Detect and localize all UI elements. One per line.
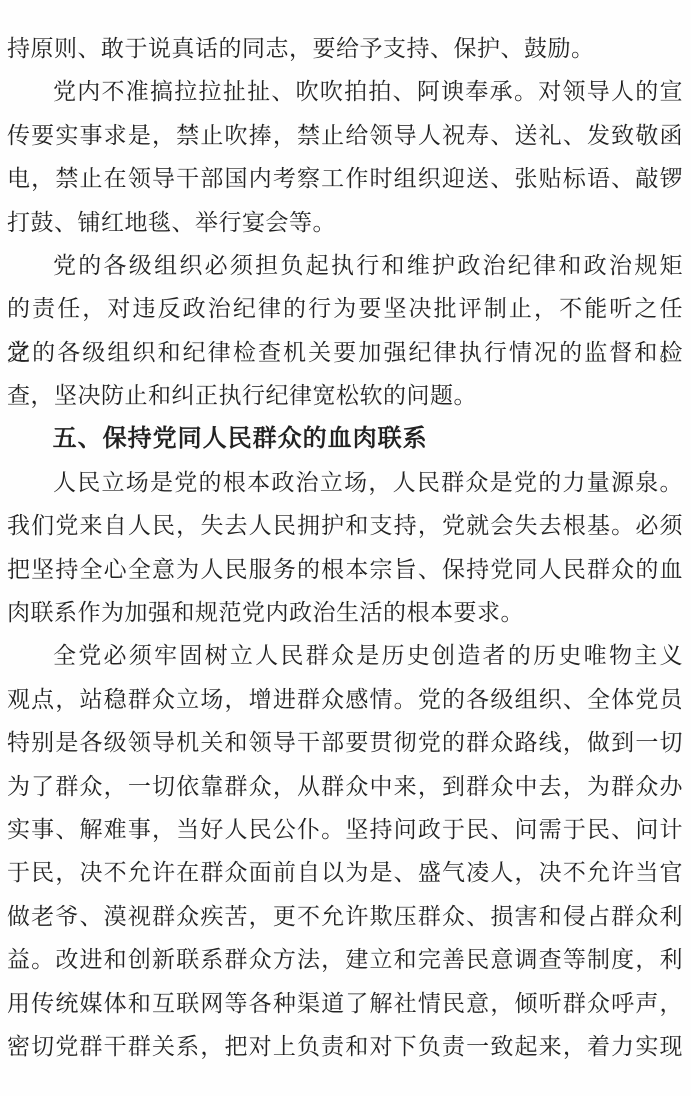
section-heading: 五、保持党同人民群众的血肉联系	[7, 418, 683, 461]
text-line: 传要实事求是，禁止吹捧，禁止给领导人祝寿、送礼、发致敬函	[7, 114, 683, 157]
text-line: 党的各级组织必须担负起执行和维护政治纪律和政治规矩	[7, 244, 683, 287]
text-line: 持原则、敢于说真话的同志，要给予支持、保护、鼓励。	[7, 27, 683, 70]
text-line: 把坚持全心全意为人民服务的根本宗旨、保持党同人民群众的血	[7, 548, 683, 591]
text-line: 于民，决不允许在群众面前自以为是、盛气凌人，决不允许当官	[7, 851, 683, 894]
text-line: 打鼓、铺红地毯、举行宴会等。	[7, 201, 683, 244]
text-line: 特别是各级领导机关和领导干部要贯彻党的群众路线，做到一切	[7, 721, 683, 764]
text-line: 益。改进和创新联系群众方法，建立和完善民意调查等制度，利	[7, 938, 683, 981]
text-line: 电，禁止在领导干部国内考察工作时组织迎送、张贴标语、敲锣	[7, 157, 683, 200]
text-block: 持原则、敢于说真话的同志，要给予支持、保护、鼓励。党内不准搞拉拉扯扯、吹吹拍拍、…	[7, 27, 683, 1068]
text-line: 的责任，对违反政治纪律的行为要坚决批评制止，不能听之任之。	[7, 287, 683, 330]
text-line: 党内不准搞拉拉扯扯、吹吹拍拍、阿谀奉承。对领导人的宣	[7, 70, 683, 113]
text-line: 全党必须牢固树立人民群众是历史创造者的历史唯物主义	[7, 634, 683, 677]
text-line: 实事、解难事，当好人民公仆。坚持问政于民、问需于民、问计	[7, 808, 683, 851]
text-line: 做老爷、漠视群众疾苦，更不允许欺压群众、损害和侵占群众利	[7, 895, 683, 938]
text-line: 肉联系作为加强和规范党内政治生活的根本要求。	[7, 591, 683, 634]
document-page: 持原则、敢于说真话的同志，要给予支持、保护、鼓励。党内不准搞拉拉扯扯、吹吹拍拍、…	[0, 0, 691, 1096]
text-line: 人民立场是党的根本政治立场，人民群众是党的力量源泉。	[7, 461, 683, 504]
text-line: 用传统媒体和互联网等各种渠道了解社情民意，倾听群众呼声，	[7, 982, 683, 1025]
text-line: 查，坚决防止和纠正执行纪律宽松软的问题。	[7, 374, 683, 417]
text-line: 密切党群干群关系，把对上负责和对下负责一致起来，着力实现	[7, 1025, 683, 1068]
text-line: 为了群众，一切依靠群众，从群众中来，到群众中去，为群众办	[7, 765, 683, 808]
text-line: 观点，站稳群众立场，增进群众感情。党的各级组织、全体党员	[7, 678, 683, 721]
text-line: 我们党来自人民，失去人民拥护和支持，党就会失去根基。必须	[7, 504, 683, 547]
text-line: 党的各级组织和纪律检查机关要加强纪律执行情况的监督和检	[7, 331, 683, 374]
